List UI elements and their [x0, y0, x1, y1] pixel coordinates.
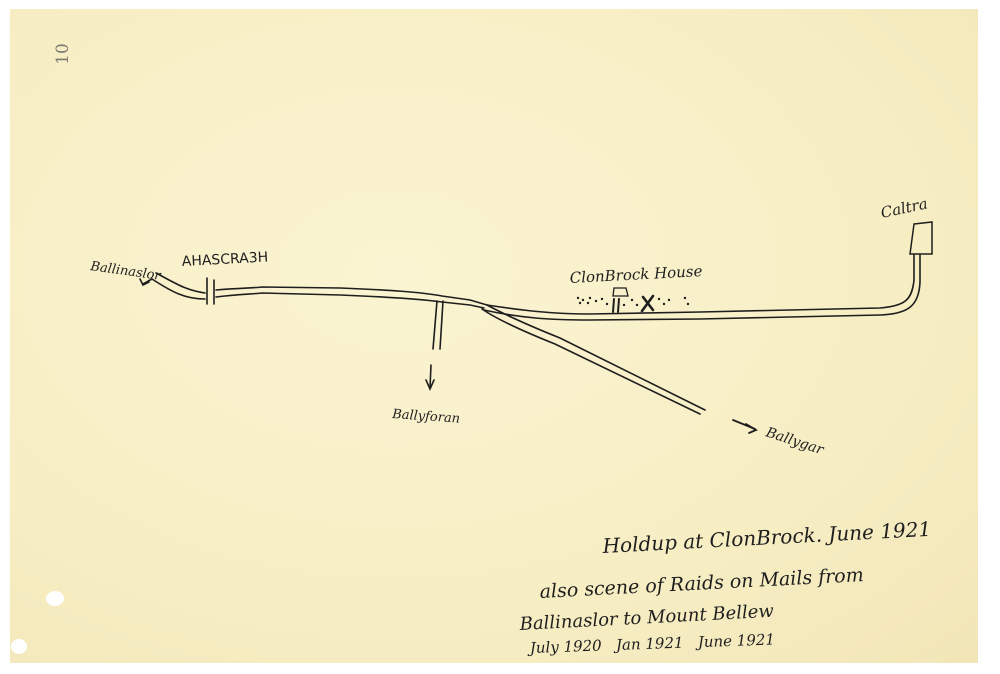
label-caltra: Caltra: [879, 194, 929, 221]
arrow-to-ballyforan-icon: [426, 365, 434, 389]
caption-line-1: Holdup at ClonBrock. June 1921: [601, 517, 932, 558]
caption-block: Holdup at ClonBrock. June 1921 also scen…: [518, 517, 932, 657]
label-ballinasloe: Ballinaslor: [88, 259, 162, 284]
label-ballygar: Ballygar: [763, 424, 827, 458]
road-ballygar: [482, 305, 705, 414]
clonbrock-gate-icon: [613, 288, 628, 312]
arrow-to-ballygar-icon: [733, 420, 756, 433]
label-ahascragh: AHASCRA3H: [181, 249, 268, 270]
label-clonbrock-house: ClonBrock House: [569, 262, 703, 287]
caltra-building-icon: [910, 222, 932, 254]
caption-line-4-dates: July 1920 Jan 1921 June 1921: [527, 630, 776, 657]
caption-line-2: also scene of Raids on Mails from: [539, 564, 864, 603]
sketch-map: Ballinaslor AHASCRA3H ClonBrock House Ca…: [0, 0, 1000, 674]
road-main: [216, 287, 487, 308]
bridge-ahascragh-icon: [207, 278, 214, 304]
clonbrock-trees-dots: [577, 297, 689, 306]
caption-line-3: Ballinaslor to Mount Bellew: [518, 601, 775, 635]
road-ballyforan: [433, 301, 443, 349]
label-ballyforan: Ballyforan: [391, 407, 461, 427]
ambush-site-x-marker: [642, 296, 653, 311]
